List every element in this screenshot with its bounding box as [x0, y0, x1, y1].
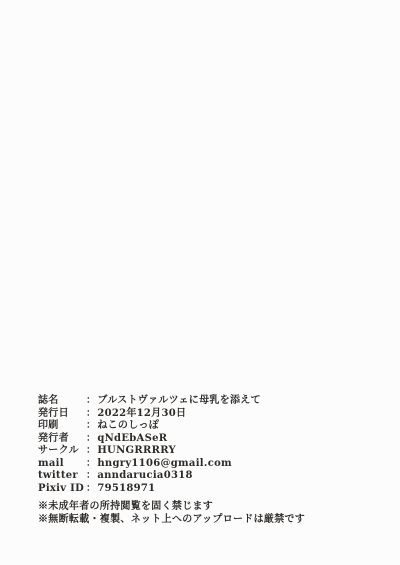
- field-value: ねこのしっぽ: [97, 420, 159, 433]
- field-label: 発行者: [38, 433, 86, 446]
- field-label: 印刷: [38, 420, 86, 433]
- colophon-row: 印刷：ねこのしっぽ: [38, 420, 305, 433]
- label-value-separator: ：: [86, 445, 96, 458]
- field-label: 誌名: [38, 395, 86, 408]
- label-value-separator: ：: [86, 470, 96, 483]
- notice-line: ※無断転載・複製、ネット上へのアップロードは厳禁です: [38, 513, 305, 526]
- label-value-separator: ：: [86, 408, 96, 421]
- colophon-table: 誌名：ブルストヴァルツェに母乳を添えて発行日：2022年12月30日印刷：ねこの…: [38, 395, 305, 495]
- label-value-separator: ：: [86, 420, 96, 433]
- field-label: twitter: [38, 470, 86, 483]
- colophon-row: mail：hngry1106@gmail.com: [38, 458, 305, 471]
- notice-line: ※未成年者の所持閲覧を固く禁じます: [38, 500, 305, 513]
- field-value: 79518971: [97, 483, 155, 496]
- colophon-block: 誌名：ブルストヴァルツェに母乳を添えて発行日：2022年12月30日印刷：ねこの…: [38, 395, 305, 526]
- field-value: anndarucia0318: [97, 470, 192, 483]
- field-value: HUNGRRRRY: [97, 445, 176, 458]
- label-value-separator: ：: [86, 483, 96, 496]
- colophon-row: Pixiv ID：79518971: [38, 483, 305, 496]
- field-value: qNdEbASeR: [97, 433, 167, 446]
- colophon-row: 発行者：qNdEbASeR: [38, 433, 305, 446]
- field-value: ブルストヴァルツェに母乳を添えて: [97, 395, 261, 408]
- colophon-row: 発行日：2022年12月30日: [38, 408, 305, 421]
- label-value-separator: ：: [86, 458, 96, 471]
- field-value: 2022年12月30日: [97, 408, 186, 421]
- label-value-separator: ：: [86, 395, 96, 408]
- colophon-row: 誌名：ブルストヴァルツェに母乳を添えて: [38, 395, 305, 408]
- colophon-row: サークル：HUNGRRRRY: [38, 445, 305, 458]
- colophon-row: twitter：anndarucia0318: [38, 470, 305, 483]
- field-label: mail: [38, 458, 86, 471]
- colophon-page: 誌名：ブルストヴァルツェに母乳を添えて発行日：2022年12月30日印刷：ねこの…: [0, 0, 400, 565]
- field-label: サークル: [38, 445, 86, 458]
- field-label: Pixiv ID: [38, 483, 86, 496]
- label-value-separator: ：: [86, 433, 96, 446]
- field-value: hngry1106@gmail.com: [97, 458, 232, 471]
- notice-list: ※未成年者の所持閲覧を固く禁じます※無断転載・複製、ネット上へのアップロードは厳…: [38, 500, 305, 526]
- field-label: 発行日: [38, 408, 86, 421]
